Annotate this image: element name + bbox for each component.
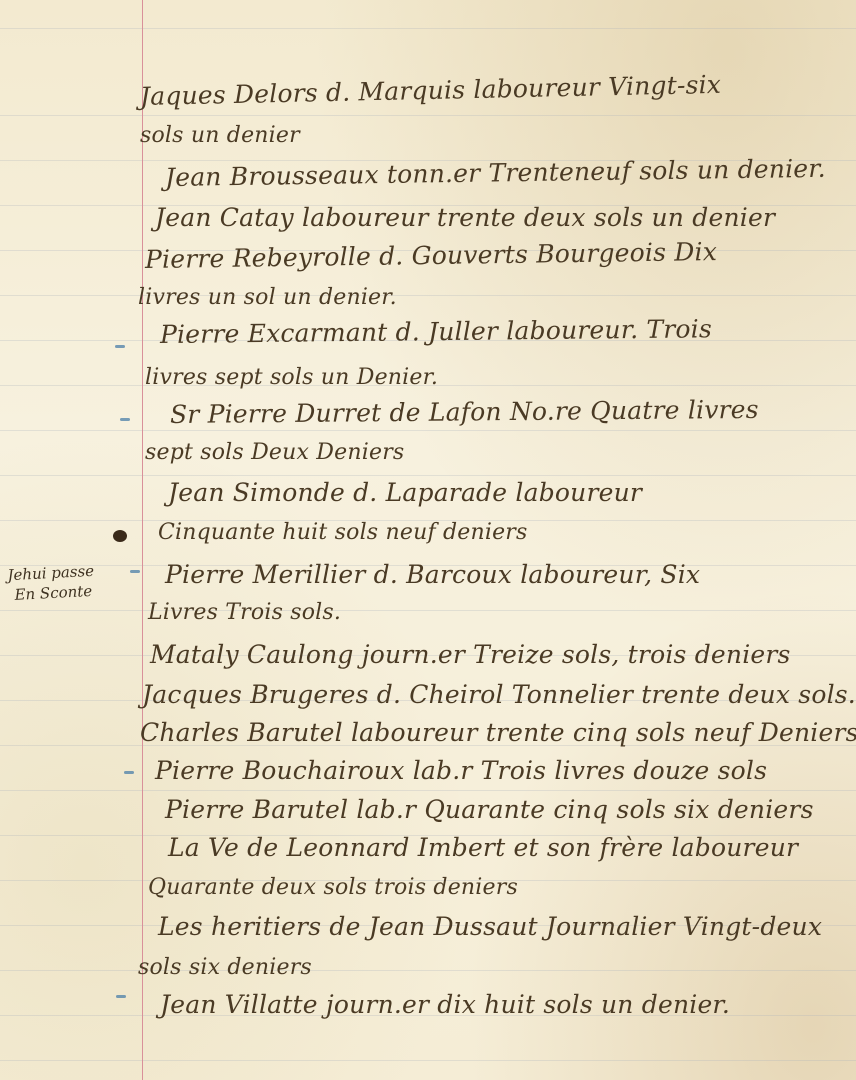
ruled-line bbox=[0, 28, 856, 29]
margin-mark bbox=[116, 995, 126, 998]
entry-continuation: Quarante deux sols trois deniers bbox=[148, 875, 518, 900]
entry-line: Jacques Brugeres d. Cheirol Tonnelier tr… bbox=[142, 680, 856, 709]
entry-line: Jean Simonde d. Laparade laboureur bbox=[168, 478, 642, 507]
margin-mark bbox=[120, 418, 130, 421]
entry-continuation: sept sols Deux Deniers bbox=[145, 440, 404, 465]
ruled-line bbox=[0, 610, 856, 611]
ink-blot bbox=[113, 530, 127, 542]
entry-line: Jean Villatte journ.er dix huit sols un … bbox=[160, 990, 730, 1019]
entry-continuation: sols six deniers bbox=[138, 955, 312, 980]
margin-mark bbox=[124, 771, 134, 774]
margin-mark bbox=[130, 570, 140, 573]
entry-line: Les heritiers de Jean Dussaut Journalier… bbox=[158, 912, 822, 941]
entry-line: Pierre Bouchairoux lab.r Trois livres do… bbox=[155, 756, 767, 785]
entry-line: Pierre Merillier d. Barcoux laboureur, S… bbox=[165, 560, 700, 589]
ruled-line bbox=[0, 475, 856, 476]
margin-note-line-2: En Sconte bbox=[8, 581, 96, 606]
entry-line: La Ve de Leonnard Imbert et son frère la… bbox=[168, 833, 798, 862]
margin-mark bbox=[115, 345, 125, 348]
ruled-line bbox=[0, 115, 856, 116]
entry-continuation: Cinquante huit sols neuf deniers bbox=[158, 520, 528, 545]
entry-line: Charles Barutel laboureur trente cinq so… bbox=[140, 718, 856, 747]
entry-continuation: livres un sol un denier. bbox=[138, 285, 397, 310]
entry-line: Jaques Delors d. Marquis laboureur Vingt… bbox=[140, 70, 722, 111]
entry-line: Mataly Caulong journ.er Treize sols, tro… bbox=[150, 640, 791, 669]
entry-continuation: sols un denier bbox=[140, 123, 300, 148]
ruled-line bbox=[0, 1060, 856, 1061]
margin-line bbox=[142, 0, 143, 1080]
entry-line: Sr Pierre Durret de Lafon No.re Quatre l… bbox=[170, 395, 759, 429]
entry-line: Pierre Excarmant d. Juller laboureur. Tr… bbox=[160, 314, 712, 349]
entry-line: Pierre Rebeyrolle d. Gouverts Bourgeois … bbox=[145, 237, 717, 274]
entry-continuation: livres sept sols un Denier. bbox=[145, 365, 438, 390]
ruled-line bbox=[0, 430, 856, 431]
ledger-page: Jehui passe En Sconte Jaques Delors d. M… bbox=[0, 0, 856, 1080]
ruled-line bbox=[0, 790, 856, 791]
margin-note: Jehui passe En Sconte bbox=[7, 561, 96, 605]
ruled-line bbox=[0, 295, 856, 296]
entry-line: Jean Catay laboureur trente deux sols un… bbox=[155, 203, 775, 232]
ruled-line bbox=[0, 970, 856, 971]
entry-continuation: Livres Trois sols. bbox=[148, 600, 341, 625]
entry-line: Pierre Barutel lab.r Quarante cinq sols … bbox=[165, 795, 814, 824]
